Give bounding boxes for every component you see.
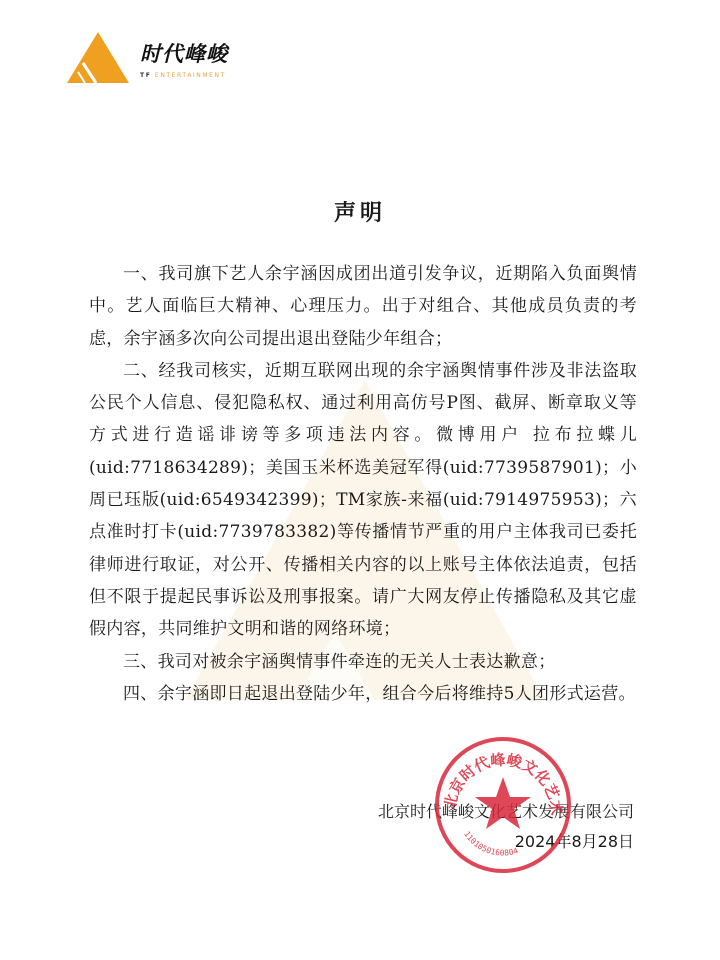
- paragraph-3: 三、我司对被余宇涵舆情事件牵连的无关人士表达歉意；: [89, 646, 637, 678]
- logo-english-name: TF ENTERTAINMENT: [140, 72, 226, 79]
- svg-text:1101050160804: 1101050160804: [462, 830, 519, 858]
- logo-chinese-name: 时代峰峻: [140, 38, 228, 68]
- star-icon: [475, 777, 531, 829]
- paragraph-2: 二、经我司核实，近期互联网出现的余宇涵舆情事件涉及非法盗取公民个人信息、侵犯隐私…: [89, 355, 637, 646]
- paragraph-1: 一、我司旗下艺人余宇涵因成团出道引发争议，近期陷入负面舆情中。艺人面临巨大精神、…: [89, 258, 637, 355]
- paragraph-4: 四、余宇涵即日起退出登陆少年，组合今后将维持5人团形式运营。: [89, 678, 637, 710]
- triangle-logo-icon: [66, 30, 130, 84]
- company-logo: 时代峰峻 TF ENTERTAINMENT: [66, 30, 236, 86]
- seal-number: 1101050160804: [462, 830, 519, 858]
- statement-body: 一、我司旗下艺人余宇涵因成团出道引发争议，近期陷入负面舆情中。艺人面临巨大精神、…: [89, 258, 637, 710]
- document-title: 声明: [0, 196, 720, 227]
- company-seal-stamp: 北京时代峰峻文化艺术发展有限公司 1101050160804: [433, 735, 573, 875]
